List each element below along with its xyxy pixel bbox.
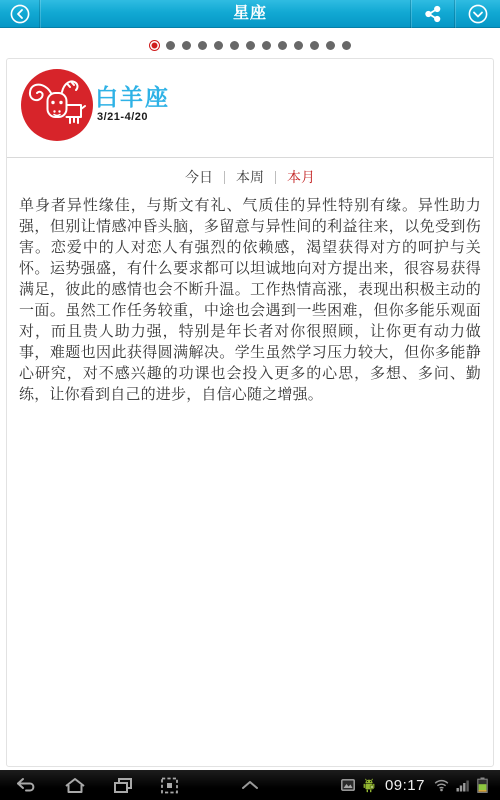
horoscope-text: 单身者异性缘佳，与斯文有礼、气质佳的异性特别有缘。异性助力强，但别让情感冲昏头脑…: [7, 190, 493, 405]
signal-strength-icon: [456, 779, 470, 792]
sign-name: 白羊座: [95, 79, 170, 112]
wifi-icon: [434, 779, 449, 792]
back-button[interactable]: [0, 0, 40, 28]
collapse-button[interactable]: [454, 0, 500, 28]
pager-dot: [230, 41, 239, 50]
chevron-left-circle-icon: [10, 4, 30, 24]
tab-separator: [275, 171, 276, 184]
quick-panel-expand-button[interactable]: [241, 780, 259, 790]
recent-apps-icon: [112, 777, 134, 794]
pager-dot: [198, 41, 207, 50]
pager-dot: [166, 41, 175, 50]
screen: 星座: [0, 0, 500, 800]
status-tray[interactable]: 09:17: [341, 770, 488, 800]
chevron-up-icon: [241, 780, 259, 790]
share-icon: [424, 5, 442, 23]
aries-sign-icon: [21, 69, 93, 141]
clock: 09:17: [383, 777, 427, 794]
screen-capture-icon: [160, 777, 179, 794]
home-icon: [64, 777, 86, 794]
pager-dot: [182, 41, 191, 50]
pager-dot-active: [150, 41, 159, 50]
tab-today[interactable]: 今日: [183, 167, 215, 187]
page-indicator: [0, 39, 500, 51]
pager-dot: [262, 41, 271, 50]
pager-dot: [310, 41, 319, 50]
pager-dot: [294, 41, 303, 50]
period-tabs: 今日 本周 本月: [7, 164, 493, 190]
battery-icon: [477, 777, 488, 793]
nav-left-group: [0, 777, 179, 794]
gallery-notification-icon: [341, 779, 355, 791]
pager-dot: [214, 41, 223, 50]
nav-recent-apps-button[interactable]: [112, 777, 134, 794]
sign-header: 白羊座 3/21-4/20: [7, 59, 493, 158]
pager-dot: [246, 41, 255, 50]
nav-home-button[interactable]: [64, 777, 86, 794]
pager-dot: [278, 41, 287, 50]
pager-dot: [326, 41, 335, 50]
android-robot-icon: [362, 778, 376, 793]
tab-this-week[interactable]: 本周: [234, 167, 266, 187]
tab-separator: [224, 171, 225, 184]
nav-screen-capture-button[interactable]: [160, 777, 179, 794]
system-nav-bar: 09:17: [0, 770, 500, 800]
horoscope-card: 白羊座 3/21-4/20 今日 本周 本月 单身者异性缘佳，与斯文有礼、气质佳…: [6, 58, 494, 767]
share-button[interactable]: [410, 0, 454, 28]
pager-dot: [342, 41, 351, 50]
sign-date-range: 3/21-4/20: [97, 111, 148, 123]
app-bar: 星座: [0, 0, 500, 28]
tab-this-month[interactable]: 本月: [285, 167, 317, 187]
back-icon: [16, 777, 38, 794]
chevron-down-circle-icon: [468, 4, 488, 24]
nav-back-button[interactable]: [16, 777, 38, 794]
